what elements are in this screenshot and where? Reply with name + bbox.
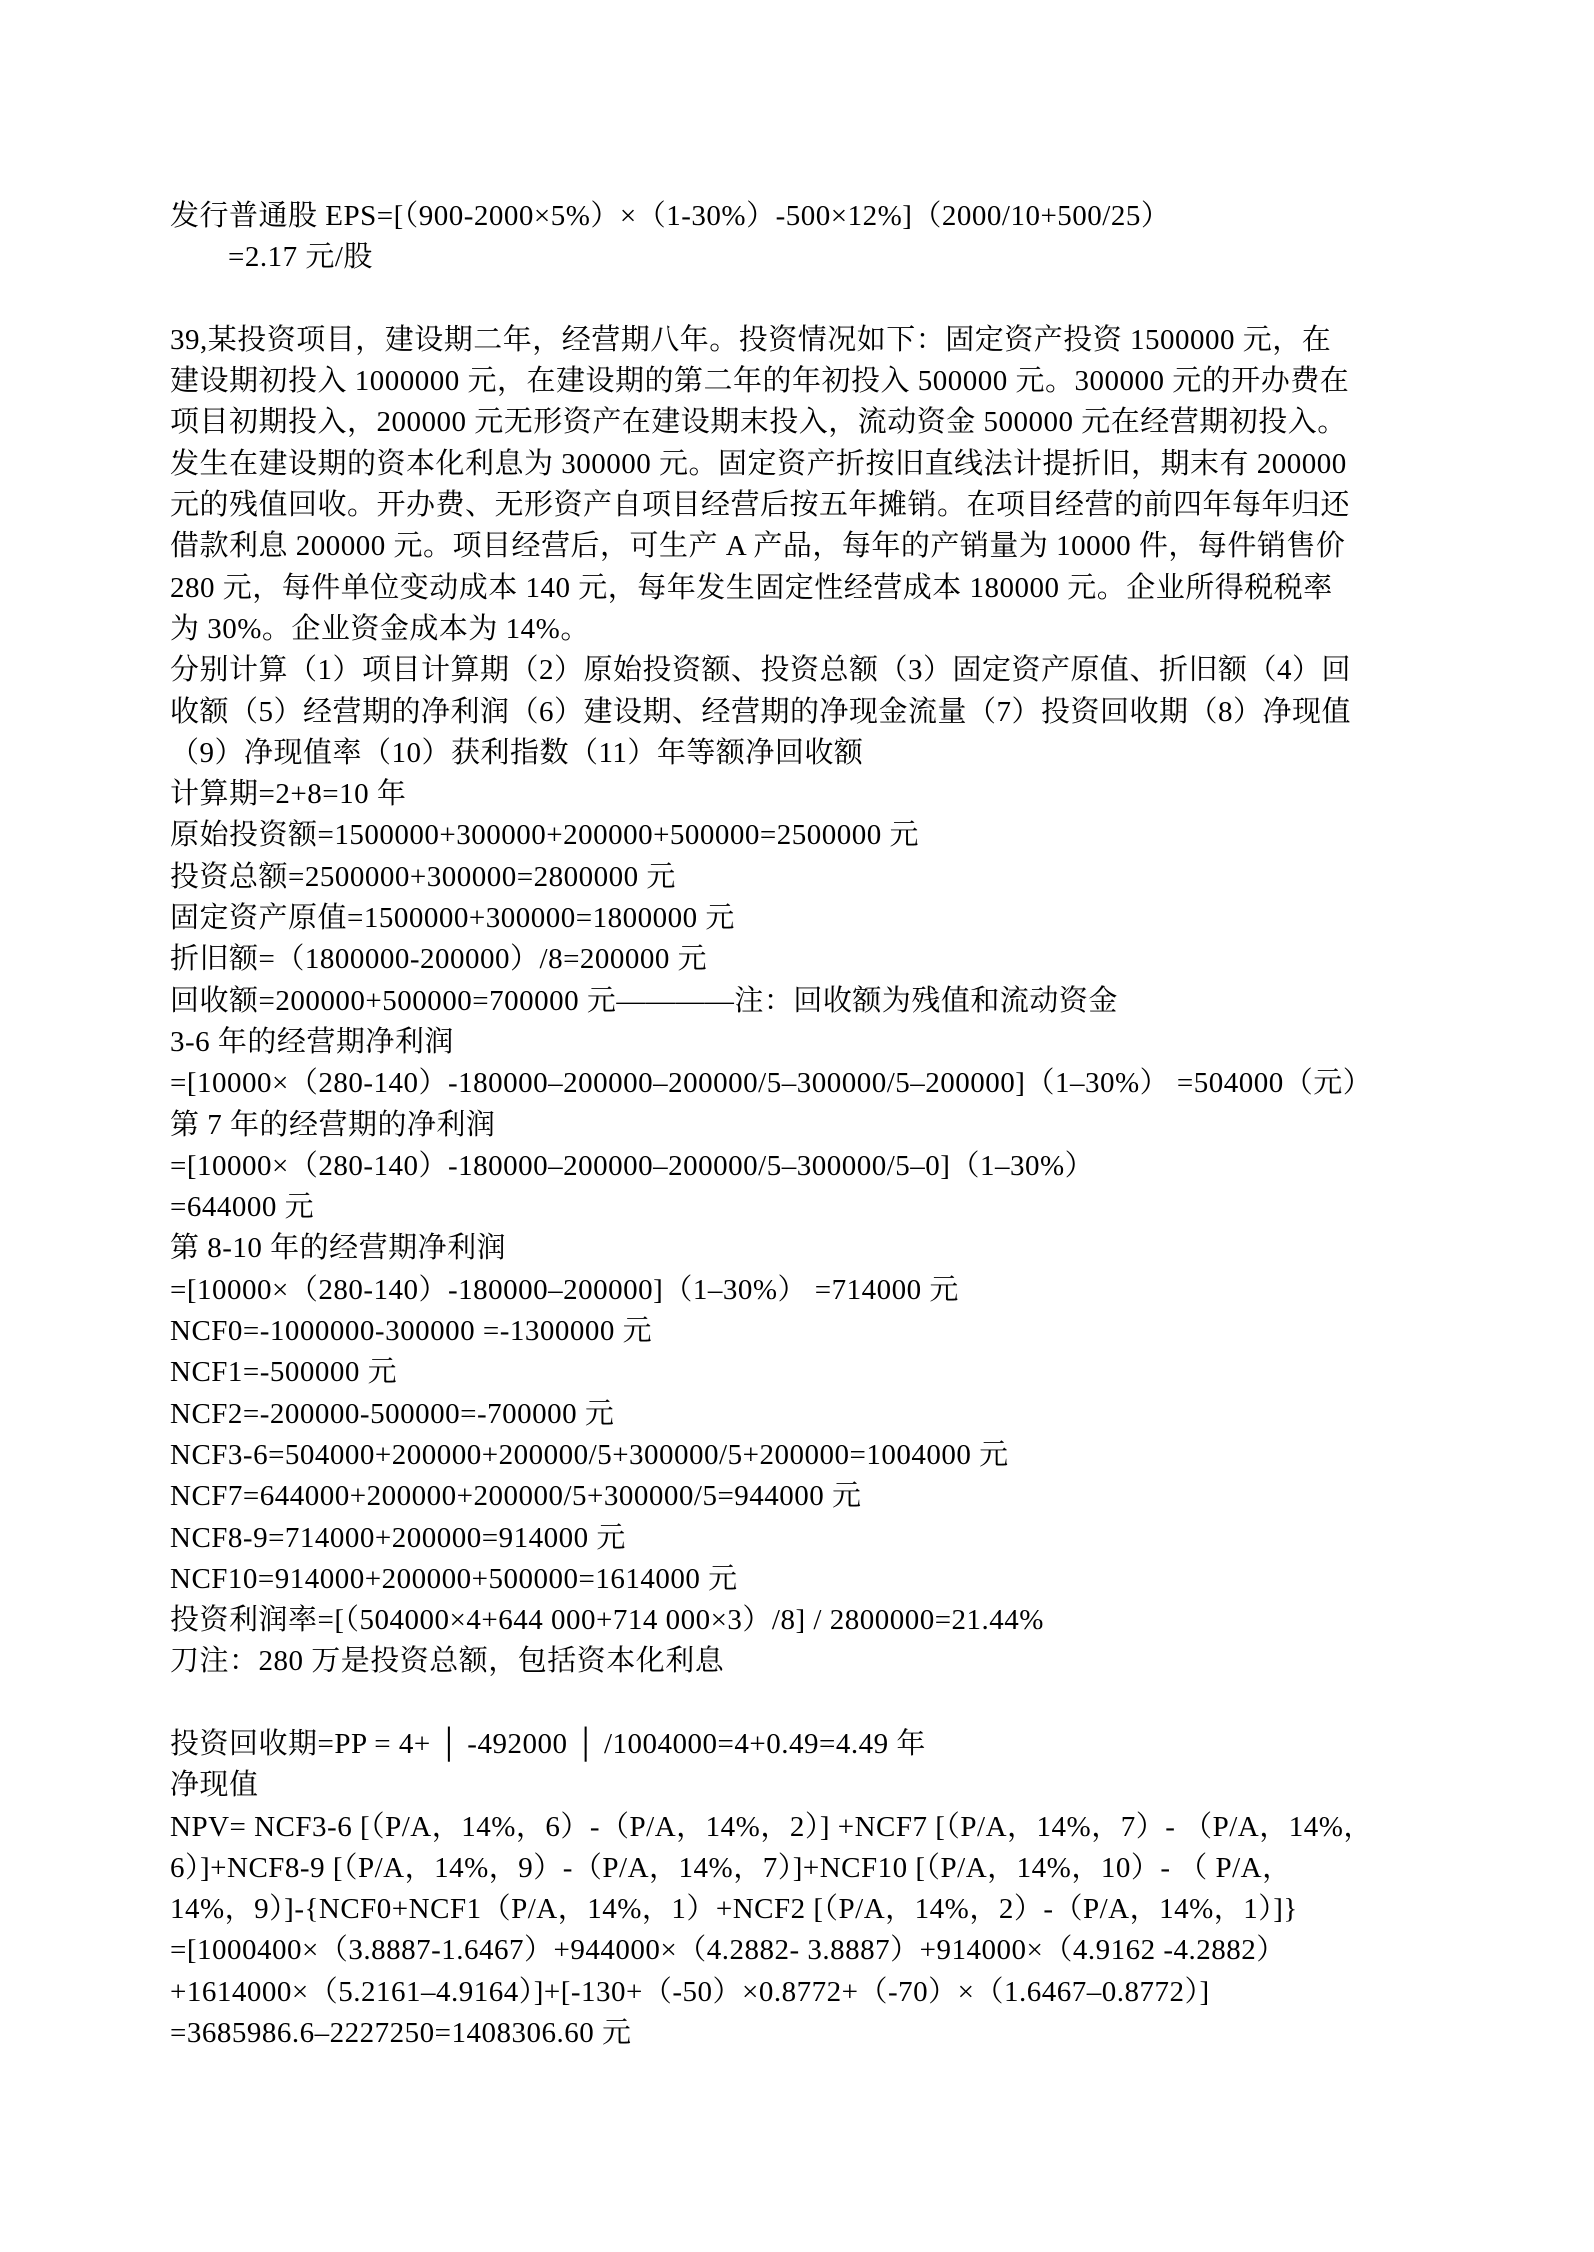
payback-period-line: 投资回收期=PP = 4+ │ -492000 │ /1004000=4+0.4… [170,1724,1474,1765]
npv-formula-line: NPV= NCF3-6 [（P/A，14%，6）-（P/A，14%，2）] +N… [170,1807,1474,1848]
recovery-amount-line: 回收额=200000+500000=700000 元————注：回收额为残值和流… [170,981,1474,1022]
eps-formula-line: 发行普通股 EPS=[（900-2000×5%）×（1-30%）-500×12%… [170,196,1474,237]
ncf1-line: NCF1=-500000 元 [170,1352,1474,1393]
ncf2-line: NCF2=-200000-500000=-700000 元 [170,1394,1474,1435]
npv-formula-line: 14%，9）]-{NCF0+NCF1（P/A，14%，1）+NCF2 [（P/A… [170,1889,1474,1930]
ncf8-9-line: NCF8-9=714000+200000=914000 元 [170,1518,1474,1559]
requirements-line: 收额（5）经营期的净利润（6）建设期、经营期的净现金流量（7）投资回收期（8）净… [170,692,1474,733]
npv-calculation-line: =[1000400×（3.8887-1.6467）+944000×（4.2882… [170,1930,1474,1971]
requirements-line: 分别计算（1）项目计算期（2）原始投资额、投资总额（3）固定资产原值、折旧额（4… [170,650,1474,691]
ncf10-line: NCF10=914000+200000+500000=1614000 元 [170,1559,1474,1600]
eps-result-line: =2.17 元/股 [170,237,1474,278]
npv-heading-line: 净现值 [170,1765,1474,1806]
npv-result-line: =3685986.6–2227250=1408306.60 元 [170,2013,1474,2054]
depreciation-line: 折旧额=（1800000-200000）/8=200000 元 [170,939,1474,980]
requirements-line: （9）净现值率（10）获利指数（11）年等额净回收额 [170,733,1474,774]
problem39-text-line: 39,某投资项目，建设期二年，经营期八年。投资情况如下：固定资产投资 15000… [170,320,1474,361]
blank-line [170,279,1474,320]
profit-y7-heading-line: 第 7 年的经营期的净利润 [170,1105,1474,1146]
problem39-text-line: 建设期初投入 1000000 元，在建设期的第二年的年初投入 500000 元。… [170,361,1474,402]
profit-y3-6-heading-line: 3-6 年的经营期净利润 [170,1022,1474,1063]
problem39-text-line: 项目初期投入，200000 元无形资产在建设期末投入，流动资金 500000 元… [170,402,1474,443]
original-investment-line: 原始投资额=1500000+300000+200000+500000=25000… [170,815,1474,856]
ncf3-6-line: NCF3-6=504000+200000+200000/5+300000/5+2… [170,1435,1474,1476]
fixed-asset-value-line: 固定资产原值=1500000+300000=1800000 元 [170,898,1474,939]
profit-y7-formula-line: =[10000×（280-140）-180000–200000–200000/5… [170,1146,1474,1187]
calc-period-line: 计算期=2+8=10 年 [170,774,1474,815]
profit-y8-10-heading-line: 第 8-10 年的经营期净利润 [170,1228,1474,1269]
ncf7-line: NCF7=644000+200000+200000/5+300000/5=944… [170,1476,1474,1517]
total-investment-line: 投资总额=2500000+300000=2800000 元 [170,857,1474,898]
problem39-text-line: 元的残值回收。开办费、无形资产自项目经营后按五年摊销。在项目经营的前四年每年归还 [170,485,1474,526]
npv-calculation-line: +1614000×（5.2161–4.9164）]+[-130+（-50）×0.… [170,1972,1474,2013]
problem39-text-line: 为 30%。企业资金成本为 14%。 [170,609,1474,650]
document-page: 发行普通股 EPS=[（900-2000×5%）×（1-30%）-500×12%… [0,0,1594,2252]
profit-y3-6-formula-line: =[10000×（280-140）-180000–200000–200000/5… [170,1063,1474,1104]
blank-line [170,1683,1474,1724]
profit-y8-10-formula-line: =[10000×（280-140）-180000–200000]（1–30%） … [170,1270,1474,1311]
problem39-text-line: 借款利息 200000 元。项目经营后，可生产 A 产品，每年的产销量为 100… [170,526,1474,567]
investment-profit-rate-line: 投资利润率=[（504000×4+644 000+714 000×3）/8] /… [170,1600,1474,1641]
npv-formula-line: 6）]+NCF8-9 [（P/A，14%，9）-（P/A，14%，7）]+NCF… [170,1848,1474,1889]
ncf0-line: NCF0=-1000000-300000 =-1300000 元 [170,1311,1474,1352]
profit-y7-result-line: =644000 元 [170,1187,1474,1228]
note-line: 刀注：280 万是投资总额，包括资本化利息 [170,1641,1474,1682]
problem39-text-line: 280 元，每件单位变动成本 140 元，每年发生固定性经营成本 180000 … [170,568,1474,609]
problem39-text-line: 发生在建设期的资本化利息为 300000 元。固定资产折按旧直线法计提折旧，期末… [170,444,1474,485]
